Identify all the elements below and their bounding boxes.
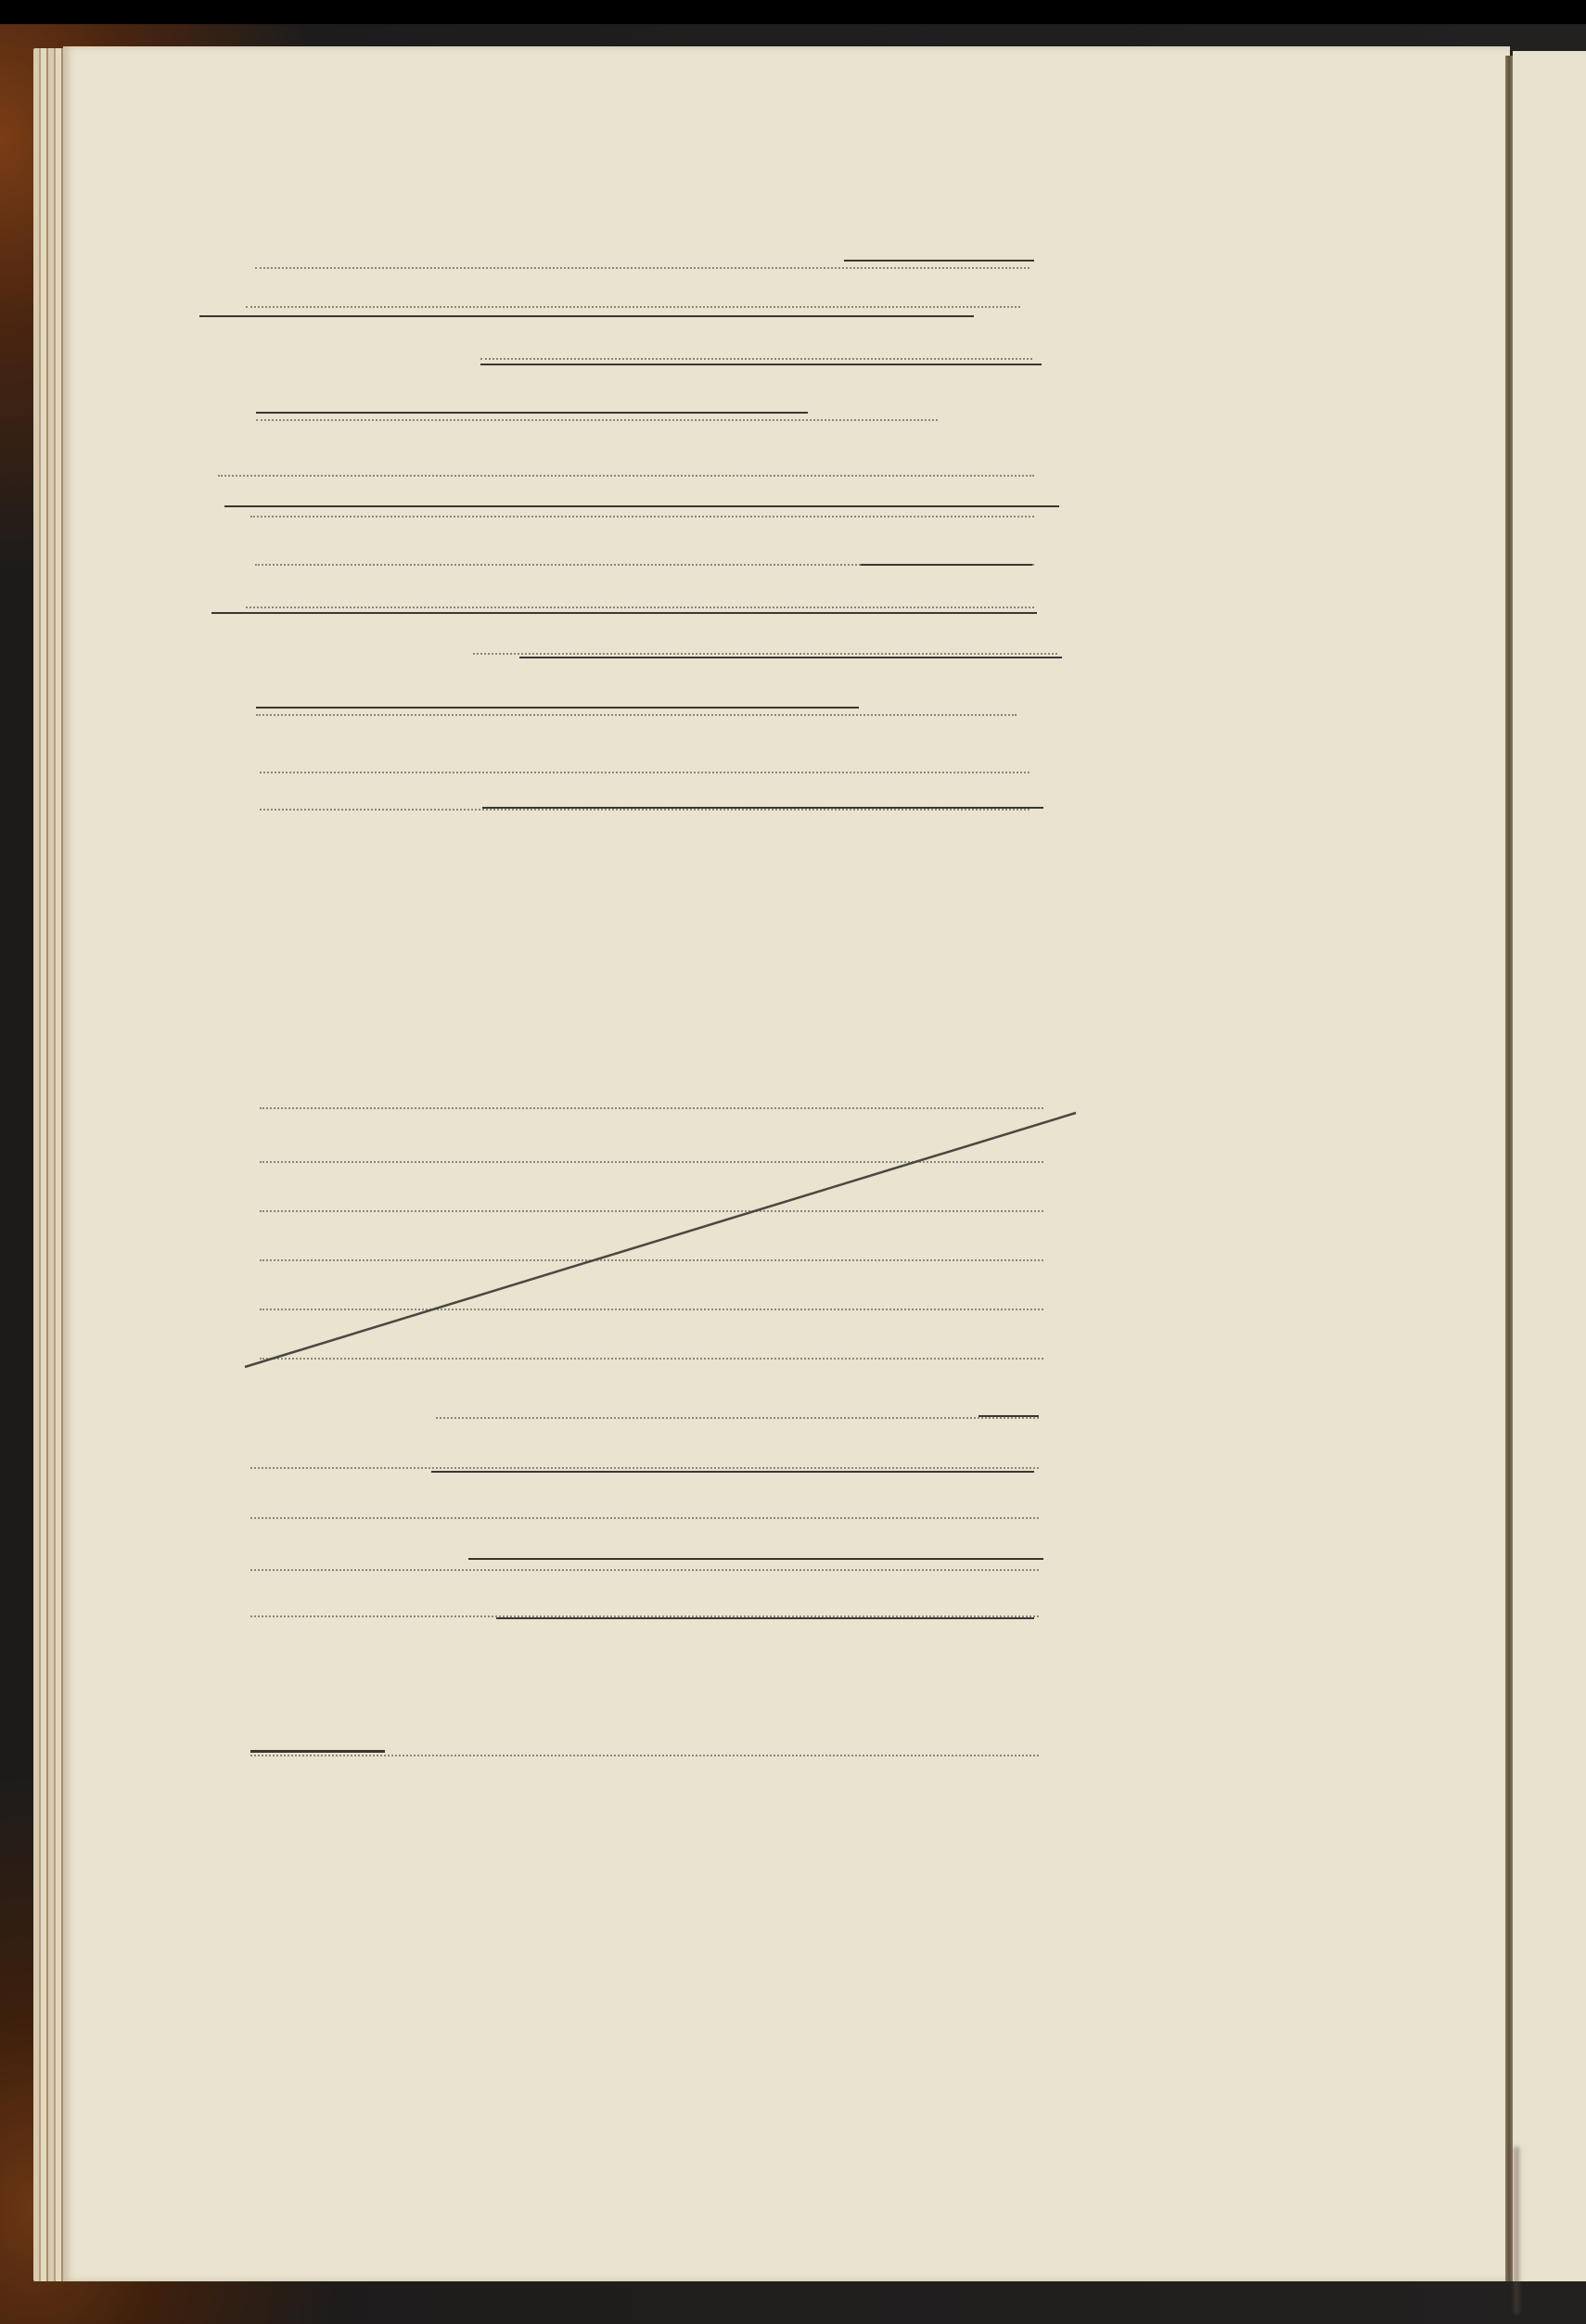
register-entry (0, 0, 1586, 2324)
strike-through-line (0, 0, 1586, 2324)
